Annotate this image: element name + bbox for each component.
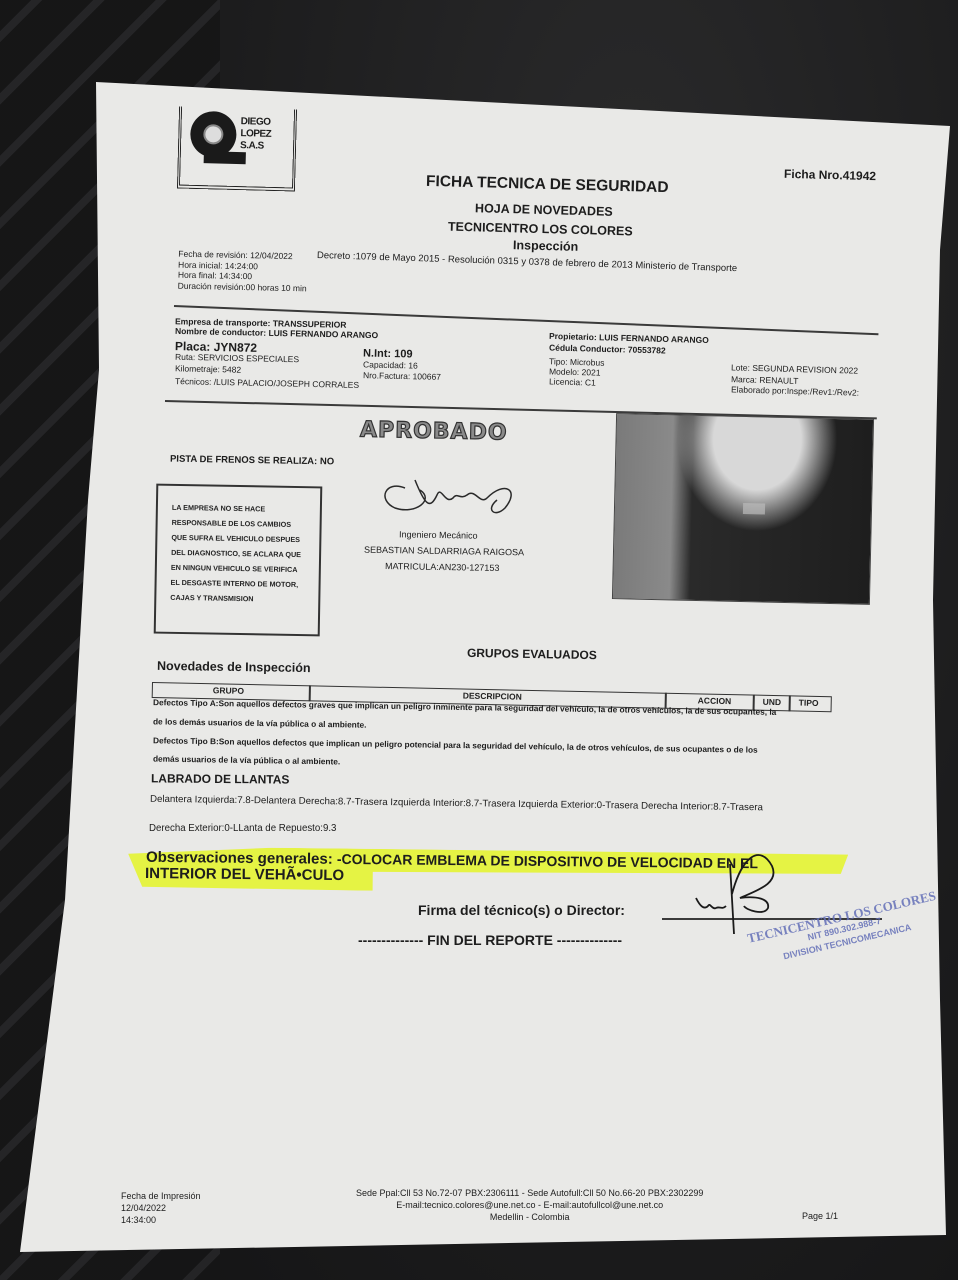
novedades-title: Novedades de Inspección xyxy=(157,659,311,675)
inspection-label: Inspección xyxy=(513,238,579,254)
grupos-evaluados: GRUPOS EVALUADOS xyxy=(467,646,597,662)
col-grupo: GRUPO xyxy=(213,685,244,696)
disclaimer-box: LA EMPRESA NO SE HACE RESPONSABLE DE LOS… xyxy=(154,484,323,637)
print-date: Fecha de Impresión 12/04/2022 14:34:00 xyxy=(121,1190,201,1226)
license-plate xyxy=(743,503,765,514)
technician-signature xyxy=(660,836,800,936)
licencia: Licencia: C1 xyxy=(549,376,596,388)
col-tipo: TIPO xyxy=(799,698,819,708)
vehicle-photo xyxy=(612,413,874,605)
labrado-title: LABRADO DE LLANTAS xyxy=(151,771,290,786)
kilometraje: Kilometraje: 5482 xyxy=(175,363,241,375)
fin-reporte: -------------- FIN DEL REPORTE ---------… xyxy=(358,932,622,948)
company-logo: DIEGO LOPEZ S.A.S xyxy=(177,106,297,191)
page-number: Page 1/1 xyxy=(802,1210,838,1222)
labrado-line2: Derecha Exterior:0-LLanta de Repuesto:9.… xyxy=(149,823,336,834)
approved-status: APROBADO xyxy=(360,417,508,445)
ficha-number: Ficha Nro.41942 xyxy=(784,167,876,183)
company-address: Sede Ppal:Cll 53 No.72-07 PBX:2306111 - … xyxy=(356,1187,703,1223)
factura: Nro.Factura: 100667 xyxy=(363,370,441,383)
revision-info: Fecha de revisión: 12/04/2022 Hora inici… xyxy=(178,249,308,294)
firma-label: Firma del técnico(s) o Director: xyxy=(418,902,625,918)
n-int: N.Int: 109 xyxy=(363,347,413,360)
engineer-role: Ingeniero Mecánico xyxy=(399,529,478,540)
engineer-signature xyxy=(375,470,525,530)
engineer-matricula: MATRICULA:AN230-127153 xyxy=(385,561,500,573)
observaciones-cont: INTERIOR DEL VEHÃ•CULO xyxy=(145,866,344,883)
col-und: UND xyxy=(763,697,782,707)
col-accion: ACCION xyxy=(698,695,732,706)
col-descripcion: DESCRIPCION xyxy=(463,691,522,702)
